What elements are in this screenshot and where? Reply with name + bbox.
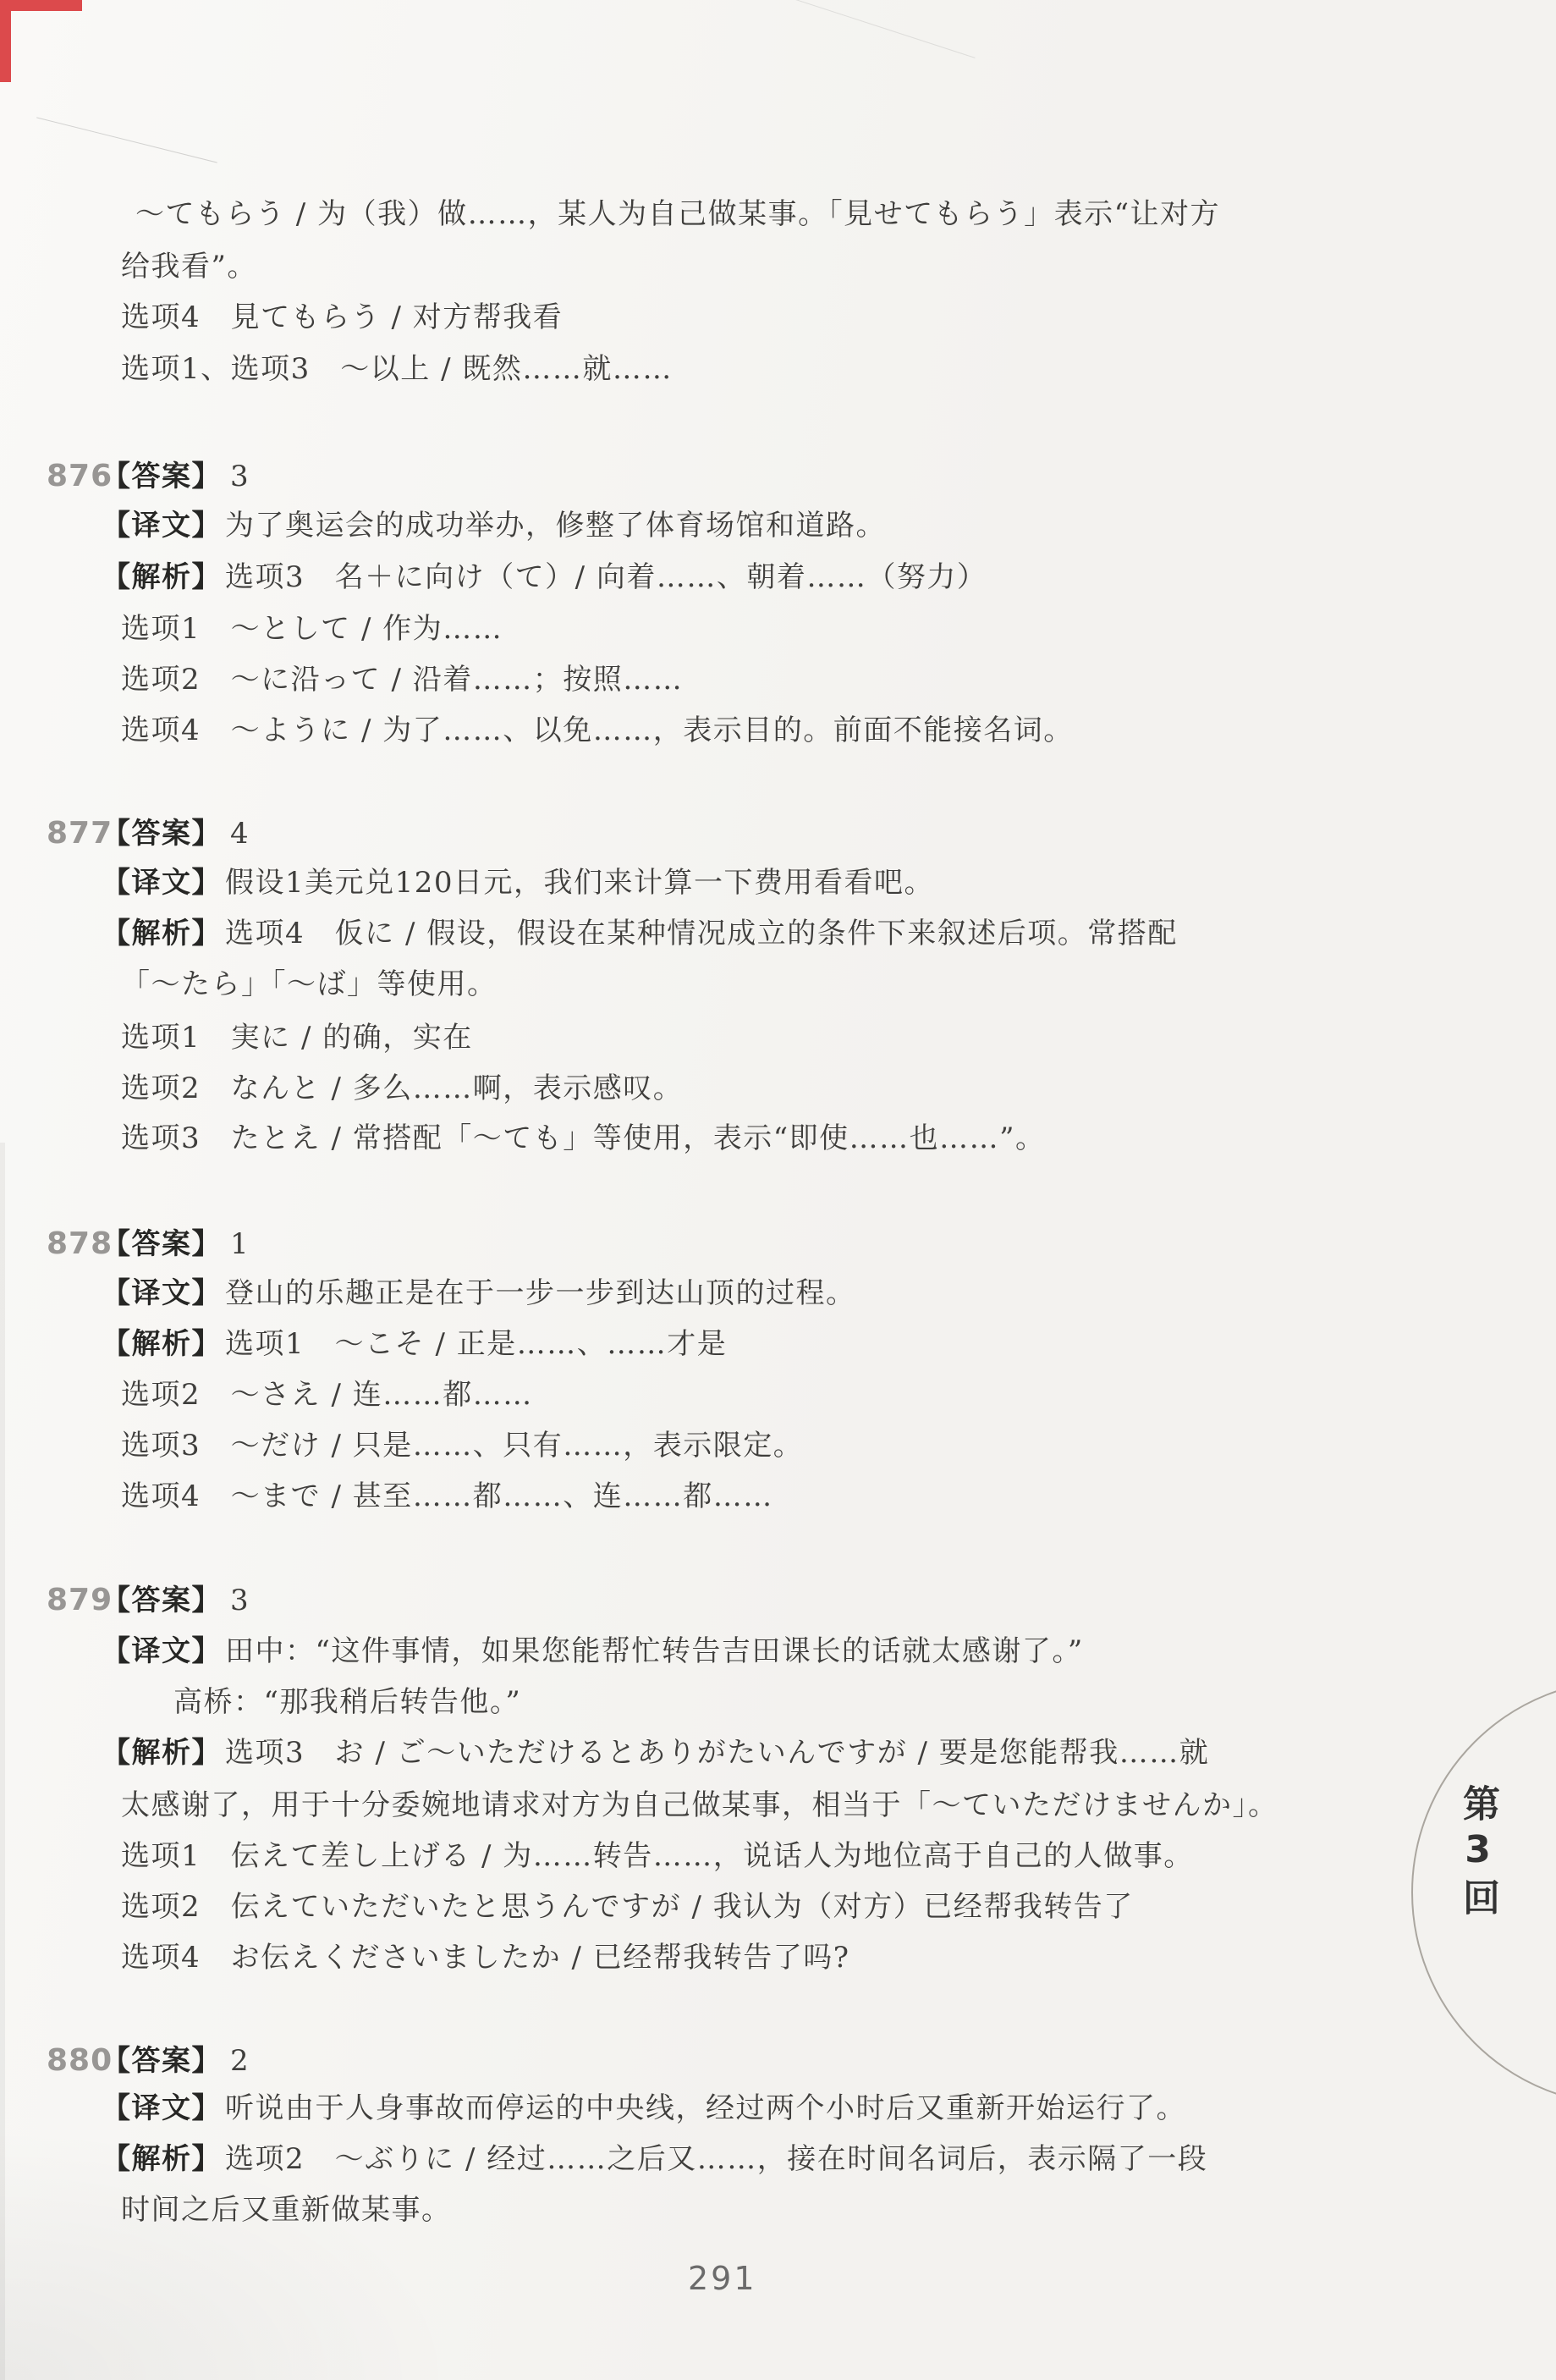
answer-label: 【答案】 <box>102 460 222 493</box>
translation-line: 【译文】登山的乐趣正是在于一步一步到达山顶的过程。 <box>102 1274 856 1313</box>
answer-value: 2 <box>230 2044 250 2078</box>
answer-value: 4 <box>230 817 250 851</box>
option-line: 选项3 ～だけ / 只是……、只有……，表示限定。 <box>121 1426 803 1465</box>
line-text: 选项2 ～さえ / 连……都…… <box>121 1378 533 1412</box>
analysis-label: 【解析】 <box>102 917 222 950</box>
option-line: 选项4 見てもらう / 对方帮我看 <box>121 298 563 337</box>
option-line: 选项4 ～まで / 甚至……都……、连……都…… <box>121 1477 773 1516</box>
option-line: 选项4 ～ように / 为了……、以免……，表示目的。前面不能接名词。 <box>121 711 1074 750</box>
line-text: 给我看”。 <box>121 250 257 284</box>
answer-value: 3 <box>230 460 250 493</box>
line-text: 选项4 お伝えくださいましたか / 已经帮我转告了吗? <box>121 1941 849 1975</box>
body-line: 给我看”。 <box>121 247 257 286</box>
option-line: 选项3 たとえ / 常搭配「～ても」等使用，表示“即使……也……”。 <box>121 1119 1045 1158</box>
analysis-line: 【解析】选项3 お / ご～いただけるとありがたいんですが / 要是您能帮我……… <box>102 1733 1209 1772</box>
body-line: 「～たら」「～ば」等使用。 <box>121 965 498 1004</box>
analysis-label: 【解析】 <box>102 2142 222 2176</box>
line-text: 田中：“这件事情，如果您能帮忙转告吉田课长的话就太感谢了。” <box>225 1634 1084 1668</box>
line-text: 选项4 仮に / 假设，假设在某种情况成立的条件下来叙述后项。常搭配 <box>225 917 1178 950</box>
answer-label: 【答案】 <box>102 817 222 851</box>
line-text: 选项2 ～ぶりに / 经过……之后又……，接在时间名词后，表示隔了一段 <box>225 2142 1207 2176</box>
scanned-book-page: { "page": { "number": "291", "side_tab":… <box>0 0 1556 2380</box>
option-line: 选项1 ～として / 作为…… <box>121 609 503 648</box>
option-line: 选项2 ～に沿って / 沿着……；按照…… <box>121 660 683 699</box>
line-text: 太感谢了，用于十分委婉地请求对方为自己做某事，相当于「～ていただけませんか」。 <box>121 1788 1278 1822</box>
page-number: 291 <box>688 2260 757 2297</box>
line-text: 选项1 ～こそ / 正是……、……才是 <box>225 1327 727 1361</box>
answer-value: 3 <box>230 1584 250 1617</box>
answer-line: 【答案】3 <box>102 457 250 496</box>
analysis-line: 【解析】选项3 名＋に向け（て）/ 向着……、朝着……（努力） <box>102 558 987 597</box>
body-line: 时间之后又重新做某事。 <box>121 2190 452 2229</box>
translation-label: 【译文】 <box>102 2091 222 2125</box>
option-line: 选项1、选项3 ～以上 / 既然……就…… <box>121 350 673 388</box>
scan-scratch <box>36 117 217 163</box>
line-text: 假设1美元兑120日元，我们来计算一下费用看看吧。 <box>225 866 934 900</box>
analysis-label: 【解析】 <box>102 1736 222 1770</box>
body-line: 太感谢了，用于十分委婉地请求对方为自己做某事，相当于「～ていただけませんか」。 <box>121 1786 1278 1825</box>
scan-scratch <box>725 0 975 58</box>
line-text: 听说由于人身事故而停运的中央线，经过两个小时后又重新开始运行了。 <box>225 2091 1186 2125</box>
translation-label: 【译文】 <box>102 1276 222 1310</box>
line-text: 选项4 見てもらう / 对方帮我看 <box>121 300 563 334</box>
line-text: 选项3 お / ご～いただけるとありがたいんですが / 要是您能帮我……就 <box>225 1736 1209 1770</box>
analysis-label: 【解析】 <box>102 1327 222 1361</box>
line-text: 为了奥运会的成功举办，修整了体育场馆和道路。 <box>225 509 886 543</box>
line-text: ～てもらう / 为（我）做……，某人为自己做某事。「見せてもらう」表示“让对方 <box>135 197 1220 231</box>
analysis-line: 【解析】选项1 ～こそ / 正是……、……才是 <box>102 1325 727 1364</box>
line-text: 选项2 なんと / 多么……啊，表示感叹。 <box>121 1072 683 1105</box>
option-line: 选项2 ～さえ / 连……都…… <box>121 1375 533 1414</box>
line-text: 选项1、选项3 ～以上 / 既然……就…… <box>121 352 673 386</box>
option-line: 选项1 実に / 的确，实在 <box>121 1018 473 1057</box>
analysis-line: 【解析】选项4 仮に / 假设，假设在某种情况成立的条件下来叙述后项。常搭配 <box>102 914 1178 953</box>
red-corner-mark-top <box>0 0 82 11</box>
answer-label: 【答案】 <box>102 1227 222 1261</box>
translation-label: 【译文】 <box>102 509 222 543</box>
answer-line: 【答案】1 <box>102 1225 250 1264</box>
translation-label: 【译文】 <box>102 866 222 900</box>
option-line: 选项2 なんと / 多么……啊，表示感叹。 <box>121 1069 683 1108</box>
translation-line: 【译文】听说由于人身事故而停运的中央线，经过两个小时后又重新开始运行了。 <box>102 2089 1186 2128</box>
translation-line: 【译文】假设1美元兑120日元，我们来计算一下费用看看吧。 <box>102 863 934 902</box>
line-text: 选项2 ～に沿って / 沿着……；按照…… <box>121 663 683 697</box>
red-corner-mark-left <box>0 0 11 82</box>
body-line: ～てもらう / 为（我）做……，某人为自己做某事。「見せてもらう」表示“让对方 <box>135 195 1220 234</box>
side-tab-round-3: 第3回 <box>1450 1784 1504 1922</box>
line-text: 选项4 ～まで / 甚至……都……、连……都…… <box>121 1479 773 1513</box>
translation-line: 【译文】为了奥运会的成功举办，修整了体育场馆和道路。 <box>102 506 886 545</box>
answer-label: 【答案】 <box>102 1584 222 1617</box>
scan-edge <box>0 1143 5 2380</box>
analysis-label: 【解析】 <box>102 560 222 594</box>
option-line: 选项4 お伝えくださいましたか / 已经帮我转告了吗? <box>121 1938 849 1977</box>
answer-value: 1 <box>230 1227 250 1261</box>
translation-label: 【译文】 <box>102 1634 222 1668</box>
line-text: 选项1 ～として / 作为…… <box>121 612 503 646</box>
line-text: 「～たら」「～ば」等使用。 <box>121 967 498 1001</box>
translation-line: 【译文】田中：“这件事情，如果您能帮忙转告吉田课长的话就太感谢了。” <box>102 1632 1084 1671</box>
answer-line: 【答案】4 <box>102 814 250 853</box>
answer-label: 【答案】 <box>102 2044 222 2078</box>
analysis-line: 【解析】选项2 ～ぶりに / 经过……之后又……，接在时间名词后，表示隔了一段 <box>102 2140 1207 2179</box>
line-text: 时间之后又重新做某事。 <box>121 2193 452 2227</box>
line-text: 选项3 たとえ / 常搭配「～ても」等使用，表示“即使……也……”。 <box>121 1121 1045 1155</box>
answer-line: 【答案】3 <box>102 1581 250 1620</box>
line-text: 登山的乐趣正是在于一步一步到达山顶的过程。 <box>225 1276 856 1310</box>
line-text: 选项3 ～だけ / 只是……、只有……，表示限定。 <box>121 1429 803 1463</box>
line-text: 选项1 伝えて差し上げる / 为……转告……，说话人为地位高于自己的人做事。 <box>121 1839 1194 1873</box>
line-text: 选项2 伝えていただいたと思うんですが / 我认为（对方）已经帮我转告了 <box>121 1890 1134 1924</box>
option-line: 选项1 伝えて差し上げる / 为……转告……，说话人为地位高于自己的人做事。 <box>121 1837 1194 1876</box>
dialogue-line: 高桥：“那我稍后转告他。” <box>173 1683 521 1722</box>
line-text: 高桥：“那我稍后转告他。” <box>173 1685 521 1719</box>
line-text: 选项4 ～ように / 为了……、以免……，表示目的。前面不能接名词。 <box>121 713 1074 747</box>
line-text: 选项3 名＋に向け（て）/ 向着……、朝着……（努力） <box>225 560 987 594</box>
answer-line: 【答案】2 <box>102 2041 250 2080</box>
line-text: 选项1 実に / 的确，实在 <box>121 1021 473 1055</box>
option-line: 选项2 伝えていただいたと思うんですが / 我认为（对方）已经帮我转告了 <box>121 1887 1134 1926</box>
